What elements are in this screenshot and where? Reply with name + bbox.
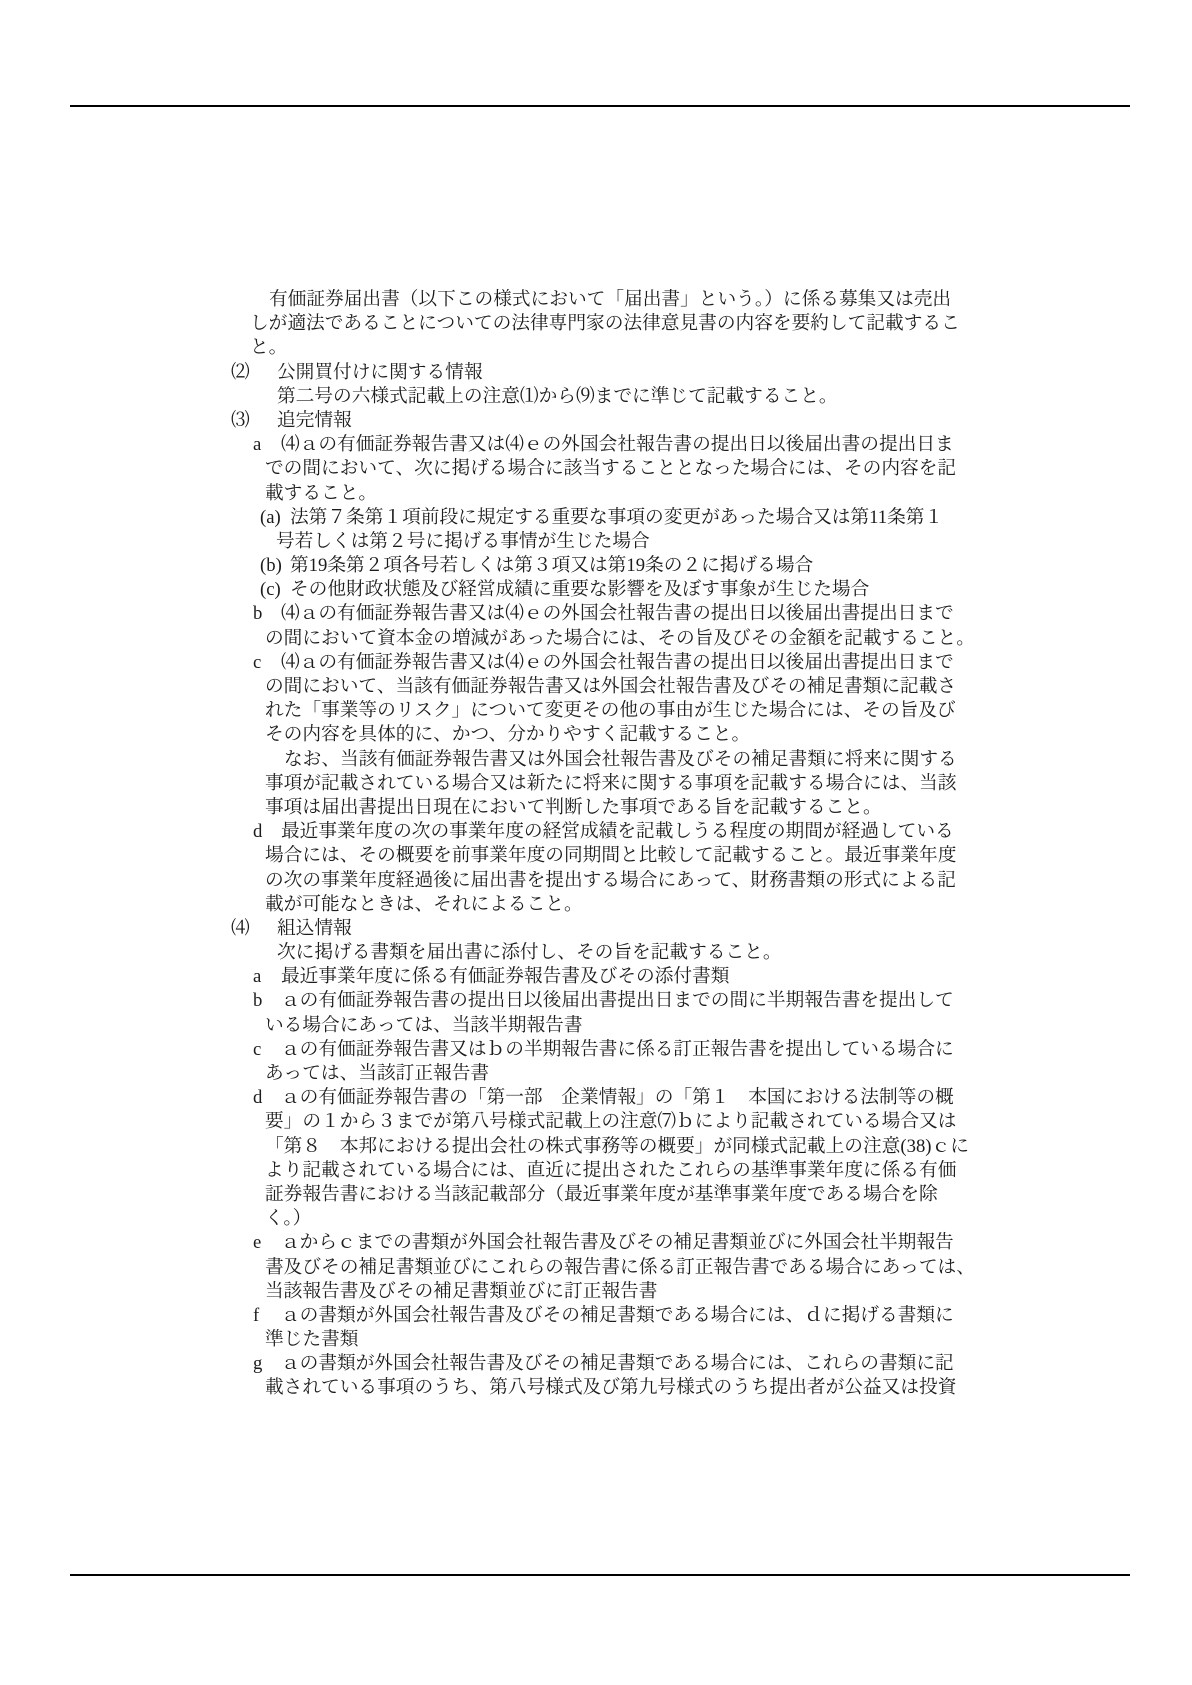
text-line: と。	[0, 336, 1192, 360]
text-line: 書及びその補足書類並びにこれらの報告書に係る訂正報告書である場合にあっては、	[0, 1256, 1192, 1280]
list-marker: ⑵	[231, 361, 277, 385]
text-line: a⑷ａの有価証券報告書又は⑷ｅの外国会社報告書の提出日以後届出書の提出日ま	[0, 433, 1192, 457]
list-marker: ⑷	[231, 917, 277, 941]
list-marker: c	[253, 1038, 281, 1062]
line-text: ａの書類が外国会社報告書及びその補足書類である場合には、これらの書類に記	[281, 1353, 954, 1374]
text-line: での間において、次に掲げる場合に該当することとなった場合には、その内容を記	[0, 457, 1192, 481]
text-line: 当該報告書及びその補足書類並びに訂正報告書	[0, 1280, 1192, 1304]
text-line: れた「事業等のリスク」について変更その他の事由が生じた場合には、その旨及び	[0, 699, 1192, 723]
line-text: 載が可能なときは、それによること。	[265, 894, 583, 915]
text-line: の間において資本金の増減があった場合には、その旨及びその金額を記載すること。	[0, 627, 1192, 651]
document-page: 有価証券届出書（以下この様式において「届出書」という。）に係る募集又は売出しが適…	[0, 0, 1192, 1685]
line-text: いる場合にあっては、当該半期報告書	[265, 1015, 583, 1036]
line-text: 公開買付けに関する情報	[277, 362, 483, 383]
text-line: 証券報告書における当該記載部分（最近事業年度が基準事業年度である場合を除	[0, 1183, 1192, 1207]
text-line: b⑷ａの有価証券報告書又は⑷ｅの外国会社報告書の提出日以後届出書提出日まで	[0, 602, 1192, 626]
list-marker: e	[253, 1231, 281, 1255]
line-text: く。）	[265, 1208, 311, 1229]
text-line: 事項は届出書提出日現在において判断した事項である旨を記載すること。	[0, 796, 1192, 820]
line-text: と。	[250, 337, 287, 358]
line-text: その他財政状態及び経営成績に重要な影響を及ぼす事象が生じた場合	[290, 579, 869, 600]
list-marker: (a)	[260, 506, 290, 530]
list-marker: b	[253, 602, 281, 626]
text-line: なお、当該有価証券報告書又は外国会社報告書及びその補足書類に将来に関する	[0, 748, 1192, 772]
text-line: 有価証券届出書（以下この様式において「届出書」という。）に係る募集又は売出	[0, 288, 1192, 312]
text-line: あっては、当該訂正報告書	[0, 1062, 1192, 1086]
line-text: の間において資本金の増減があった場合には、その旨及びその金額を記載すること。	[265, 628, 975, 649]
list-marker: a	[253, 965, 281, 989]
line-text: 事項が記載されている場合又は新たに将来に関する事項を記載する場合には、当該	[265, 773, 956, 794]
text-line: より記載されている場合には、直近に提出されたこれらの基準事業年度に係る有価	[0, 1159, 1192, 1183]
text-line: ⑵公開買付けに関する情報	[0, 361, 1192, 385]
line-text: ａの有価証券報告書又はｂの半期報告書に係る訂正報告書を提出している場合に	[281, 1039, 954, 1060]
line-text: 書及びその補足書類並びにこれらの報告書に係る訂正報告書である場合にあっては、	[265, 1257, 975, 1278]
text-line: 事項が記載されている場合又は新たに将来に関する事項を記載する場合には、当該	[0, 772, 1192, 796]
line-text: あっては、当該訂正報告書	[265, 1063, 489, 1084]
text-line: 号若しくは第２号に掲げる事情が生じた場合	[0, 530, 1192, 554]
text-line: eａからｃまでの書類が外国会社報告書及びその補足書類並びに外国会社半期報告	[0, 1231, 1192, 1255]
line-text: なお、当該有価証券報告書又は外国会社報告書及びその補足書類に将来に関する	[284, 749, 957, 770]
text-line: a最近事業年度に係る有価証券報告書及びその添付書類	[0, 965, 1192, 989]
line-text: での間において、次に掲げる場合に該当することとなった場合には、その内容を記	[265, 458, 956, 479]
text-line: c⑷ａの有価証券報告書又は⑷ｅの外国会社報告書の提出日以後届出書提出日まで	[0, 651, 1192, 675]
list-marker: (b)	[260, 554, 290, 578]
line-text: ａの書類が外国会社報告書及びその補足書類である場合には、ｄに掲げる書類に	[281, 1305, 954, 1326]
line-text: より記載されている場合には、直近に提出されたこれらの基準事業年度に係る有価	[265, 1160, 956, 1181]
text-line: 準じた書類	[0, 1328, 1192, 1352]
text-line: いる場合にあっては、当該半期報告書	[0, 1014, 1192, 1038]
text-line: 第二号の六様式記載上の注意⑴から⑼までに準じて記載すること。	[0, 385, 1192, 409]
line-text: 場合には、その概要を前事業年度の同期間と比較して記載すること。最近事業年度	[265, 845, 956, 866]
line-text: 当該報告書及びその補足書類並びに訂正報告書	[265, 1281, 657, 1302]
text-line: dａの有価証券報告書の「第一部 企業情報」の「第１ 本国における法制等の概	[0, 1086, 1192, 1110]
text-line: 載すること。	[0, 482, 1192, 506]
list-marker: ⑶	[231, 409, 277, 433]
line-text: ⑷ａの有価証券報告書又は⑷ｅの外国会社報告書の提出日以後届出書提出日まで	[281, 603, 954, 624]
line-text: 第19条第２項各号若しくは第３項又は第19条の２に掲げる場合	[290, 555, 813, 576]
text-line: (a)法第７条第１項前段に規定する重要な事項の変更があった場合又は第11条第１	[0, 506, 1192, 530]
line-text: 最近事業年度の次の事業年度の経営成績を記載しうる程度の期間が経過している	[281, 821, 954, 842]
line-text: 証券報告書における当該記載部分（最近事業年度が基準事業年度である場合を除	[265, 1184, 938, 1205]
text-line: gａの書類が外国会社報告書及びその補足書類である場合には、これらの書類に記	[0, 1352, 1192, 1376]
text-line: cａの有価証券報告書又はｂの半期報告書に係る訂正報告書を提出している場合に	[0, 1038, 1192, 1062]
text-line: ⑷組込情報	[0, 917, 1192, 941]
text-line: の間において、当該有価証券報告書又は外国会社報告書及びその補足書類に記載さ	[0, 675, 1192, 699]
line-text: ａの有価証券報告書の「第一部 企業情報」の「第１ 本国における法制等の概	[281, 1087, 954, 1108]
text-line: 場合には、その概要を前事業年度の同期間と比較して記載すること。最近事業年度	[0, 844, 1192, 868]
page-frame-rule-top	[70, 105, 1130, 107]
text-line: fａの書類が外国会社報告書及びその補足書類である場合には、ｄに掲げる書類に	[0, 1304, 1192, 1328]
text-line: (c)その他財政状態及び経営成績に重要な影響を及ぼす事象が生じた場合	[0, 578, 1192, 602]
line-text: 事項は届出書提出日現在において判断した事項である旨を記載すること。	[265, 797, 882, 818]
text-line: ⑶追完情報	[0, 409, 1192, 433]
line-text: 要」の１から３までが第八号様式記載上の注意⑺ｂにより記載されている場合又は	[265, 1111, 956, 1132]
line-text: の間において、当該有価証券報告書又は外国会社報告書及びその補足書類に記載さ	[265, 676, 956, 697]
list-marker: c	[253, 651, 281, 675]
line-text: ⑷ａの有価証券報告書又は⑷ｅの外国会社報告書の提出日以後届出書提出日まで	[281, 652, 954, 673]
text-line: 載されている事項のうち、第八号様式及び第九号様式のうち提出者が公益又は投資	[0, 1376, 1192, 1400]
line-text: 法第７条第１項前段に規定する重要な事項の変更があった場合又は第11条第１	[290, 507, 943, 528]
list-marker: b	[253, 989, 281, 1013]
page-frame-rule-bottom	[70, 1574, 1130, 1576]
text-line: 載が可能なときは、それによること。	[0, 893, 1192, 917]
line-text: 組込情報	[277, 918, 352, 939]
line-text: しが適法であることについての法律専門家の法律意見書の内容を要約して記載するこ	[250, 313, 960, 334]
line-text: 載すること。	[265, 483, 377, 504]
line-text: れた「事業等のリスク」について変更その他の事由が生じた場合には、その旨及び	[265, 700, 956, 721]
line-text: 最近事業年度に係る有価証券報告書及びその添付書類	[281, 966, 730, 987]
text-line: d最近事業年度の次の事業年度の経営成績を記載しうる程度の期間が経過している	[0, 820, 1192, 844]
line-text: の次の事業年度経過後に届出書を提出する場合にあって、財務書類の形式による記	[265, 870, 956, 891]
line-text: 号若しくは第２号に掲げる事情が生じた場合	[276, 531, 650, 552]
list-marker: d	[253, 1086, 281, 1110]
line-text: 追完情報	[277, 410, 352, 431]
line-text: ａからｃまでの書類が外国会社報告書及びその補足書類並びに外国会社半期報告	[281, 1232, 954, 1253]
line-text: 次に掲げる書類を届出書に添付し、その旨を記載すること。	[277, 942, 782, 963]
list-marker: (c)	[260, 578, 290, 602]
document-body: 有価証券届出書（以下この様式において「届出書」という。）に係る募集又は売出しが適…	[0, 288, 1192, 1401]
list-marker: g	[253, 1352, 281, 1376]
text-line: 要」の１から３までが第八号様式記載上の注意⑺ｂにより記載されている場合又は	[0, 1110, 1192, 1134]
text-line: しが適法であることについての法律専門家の法律意見書の内容を要約して記載するこ	[0, 312, 1192, 336]
text-line: く。）	[0, 1207, 1192, 1231]
line-text: 「第８ 本邦における提出会社の株式事務等の概要」が同様式記載上の注意(38)ｃに	[265, 1136, 969, 1157]
text-line: 「第８ 本邦における提出会社の株式事務等の概要」が同様式記載上の注意(38)ｃに	[0, 1135, 1192, 1159]
text-line: (b)第19条第２項各号若しくは第３項又は第19条の２に掲げる場合	[0, 554, 1192, 578]
line-text: ａの有価証券報告書の提出日以後届出書提出日までの間に半期報告書を提出して	[281, 990, 954, 1011]
line-text: ⑷ａの有価証券報告書又は⑷ｅの外国会社報告書の提出日以後届出書の提出日ま	[281, 434, 954, 455]
text-line: 次に掲げる書類を届出書に添付し、その旨を記載すること。	[0, 941, 1192, 965]
text-line: bａの有価証券報告書の提出日以後届出書提出日までの間に半期報告書を提出して	[0, 989, 1192, 1013]
line-text: 載されている事項のうち、第八号様式及び第九号様式のうち提出者が公益又は投資	[265, 1377, 956, 1398]
list-marker: a	[253, 433, 281, 457]
line-text: 有価証券届出書（以下この様式において「届出書」という。）に係る募集又は売出	[269, 289, 951, 310]
list-marker: d	[253, 820, 281, 844]
line-text: その内容を具体的に、かつ、分かりやすく記載すること。	[265, 724, 750, 745]
text-line: その内容を具体的に、かつ、分かりやすく記載すること。	[0, 723, 1192, 747]
line-text: 第二号の六様式記載上の注意⑴から⑼までに準じて記載すること。	[277, 386, 838, 407]
text-line: の次の事業年度経過後に届出書を提出する場合にあって、財務書類の形式による記	[0, 869, 1192, 893]
list-marker: f	[253, 1304, 281, 1328]
line-text: 準じた書類	[265, 1329, 358, 1350]
